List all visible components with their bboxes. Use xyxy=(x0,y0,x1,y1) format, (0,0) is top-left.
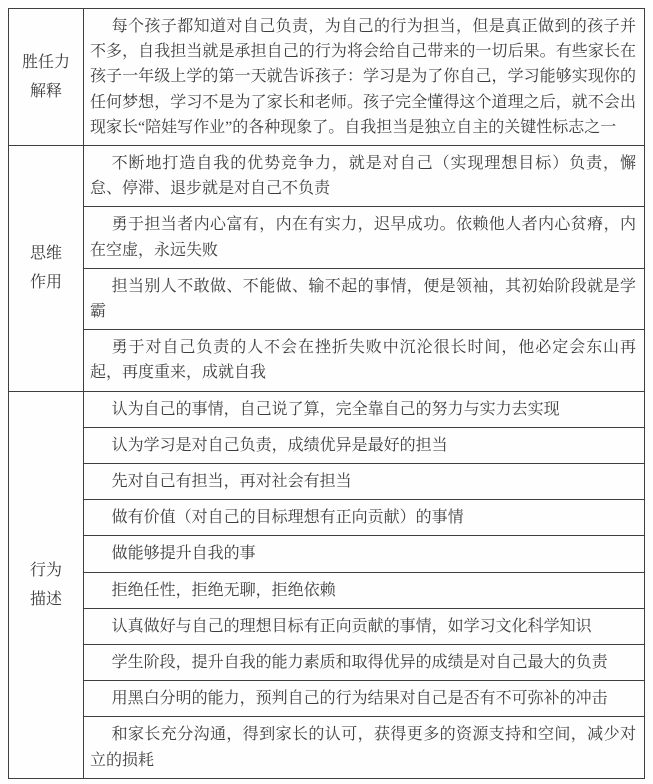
cell-text: 做能够提升自我的事 xyxy=(90,541,636,566)
table-row: 行为 描述 认为自己的事情，自己说了算，完全靠自己的努力与实力去实现 xyxy=(9,391,645,427)
table-cell: 每个孩子都知道对自己负责，为自己的行为担当，但是真正做到的孩子并不多，自我担当就… xyxy=(84,9,645,146)
cell-text: 做有价值（对自己的目标理想有正向贡献）的事情 xyxy=(90,505,636,530)
cell-text: 认真做好与自己的理想目标有正向贡献的事情，如学习文化科学知识 xyxy=(90,614,636,639)
table-row: 担当别人不敢做、不能做、输不起的事情，便是领袖，其初始阶段就是学霸 xyxy=(9,268,645,329)
table-cell: 做有价值（对自己的目标理想有正向贡献）的事情 xyxy=(84,500,645,536)
cell-text: 勇于对自己负责的人不会在挫折失败中沉沦很长时间，他必定会东山再起，再度重来，成就… xyxy=(90,335,636,385)
table-row: 拒绝任性，拒绝无聊，拒绝依赖 xyxy=(9,572,645,608)
section-header-behavior-description: 行为 描述 xyxy=(9,391,84,778)
table-cell: 担当别人不敢做、不能做、输不起的事情，便是领袖，其初始阶段就是学霸 xyxy=(84,268,645,329)
section-header-thinking-role: 思维 作用 xyxy=(9,146,84,392)
table-cell: 用黑白分明的能力，预判自己的行为结果对自己是否有不可弥补的冲击 xyxy=(84,681,645,717)
table-row: 用黑白分明的能力，预判自己的行为结果对自己是否有不可弥补的冲击 xyxy=(9,681,645,717)
table-cell: 勇于对自己负责的人不会在挫折失败中沉沦很长时间，他必定会东山再起，再度重来，成就… xyxy=(84,330,645,391)
cell-text: 用黑白分明的能力，预判自己的行为结果对自己是否有不可弥补的冲击 xyxy=(90,686,636,711)
table-row: 做有价值（对自己的目标理想有正向贡献）的事情 xyxy=(9,500,645,536)
document-page: 胜任力 解释 每个孩子都知道对自己负责，为自己的行为担当，但是真正做到的孩子并不… xyxy=(0,0,653,784)
table-cell: 拒绝任性，拒绝无聊，拒绝依赖 xyxy=(84,572,645,608)
table-row: 和家长充分沟通，得到家长的认可，获得更多的资源支持和空间，减少对立的损耗 xyxy=(9,717,645,778)
cell-text: 和家长充分沟通，得到家长的认可，获得更多的资源支持和空间，减少对立的损耗 xyxy=(90,722,636,772)
table-row: 勇于担当者内心富有，内在有实力，迟早成功。依赖他人者内心贫瘠，内在空虚，永远失败 xyxy=(9,207,645,268)
table-cell: 认为自己的事情，自己说了算，完全靠自己的努力与实力去实现 xyxy=(84,391,645,427)
table-cell: 先对自己有担当，再对社会有担当 xyxy=(84,464,645,500)
cell-text: 每个孩子都知道对自己负责，为自己的行为担当，但是真正做到的孩子并不多，自我担当就… xyxy=(90,14,636,140)
table-row: 先对自己有担当，再对社会有担当 xyxy=(9,464,645,500)
table-cell: 认真做好与自己的理想目标有正向贡献的事情，如学习文化科学知识 xyxy=(84,608,645,644)
table-row: 勇于对自己负责的人不会在挫折失败中沉沦很长时间，他必定会东山再起，再度重来，成就… xyxy=(9,330,645,391)
section-header-competency-explanation: 胜任力 解释 xyxy=(9,9,84,146)
table-cell: 学生阶段，提升自我的能力素质和取得优异的成绩是对自己最大的负责 xyxy=(84,645,645,681)
cell-text: 先对自己有担当，再对社会有担当 xyxy=(90,469,636,494)
table-row: 胜任力 解释 每个孩子都知道对自己负责，为自己的行为担当，但是真正做到的孩子并不… xyxy=(9,9,645,146)
table-row: 认真做好与自己的理想目标有正向贡献的事情，如学习文化科学知识 xyxy=(9,608,645,644)
table-row: 做能够提升自我的事 xyxy=(9,536,645,572)
cell-text: 学生阶段，提升自我的能力素质和取得优异的成绩是对自己最大的负责 xyxy=(90,650,636,675)
competency-table: 胜任力 解释 每个孩子都知道对自己负责，为自己的行为担当，但是真正做到的孩子并不… xyxy=(8,8,645,779)
table-row: 认为学习是对自己负责，成绩优异是最好的担当 xyxy=(9,427,645,463)
table-cell: 认为学习是对自己负责，成绩优异是最好的担当 xyxy=(84,427,645,463)
cell-text: 勇于担当者内心富有，内在有实力，迟早成功。依赖他人者内心贫瘠，内在空虚，永远失败 xyxy=(90,212,636,262)
cell-text: 担当别人不敢做、不能做、输不起的事情，便是领袖，其初始阶段就是学霸 xyxy=(90,274,636,324)
cell-text: 认为学习是对自己负责，成绩优异是最好的担当 xyxy=(90,433,636,458)
table-cell: 做能够提升自我的事 xyxy=(84,536,645,572)
cell-text: 不断地打造自我的优势竞争力，就是对自己（实现理想目标）负责，懈怠、停滞、退步就是… xyxy=(90,151,636,201)
cell-text: 认为自己的事情，自己说了算，完全靠自己的努力与实力去实现 xyxy=(90,397,636,422)
table-cell: 和家长充分沟通，得到家长的认可，获得更多的资源支持和空间，减少对立的损耗 xyxy=(84,717,645,778)
table-row: 学生阶段，提升自我的能力素质和取得优异的成绩是对自己最大的负责 xyxy=(9,645,645,681)
table-row: 思维 作用 不断地打造自我的优势竞争力，就是对自己（实现理想目标）负责，懈怠、停… xyxy=(9,146,645,207)
table-cell: 不断地打造自我的优势竞争力，就是对自己（实现理想目标）负责，懈怠、停滞、退步就是… xyxy=(84,146,645,207)
cell-text: 拒绝任性，拒绝无聊，拒绝依赖 xyxy=(90,578,636,603)
table-cell: 勇于担当者内心富有，内在有实力，迟早成功。依赖他人者内心贫瘠，内在空虚，永远失败 xyxy=(84,207,645,268)
